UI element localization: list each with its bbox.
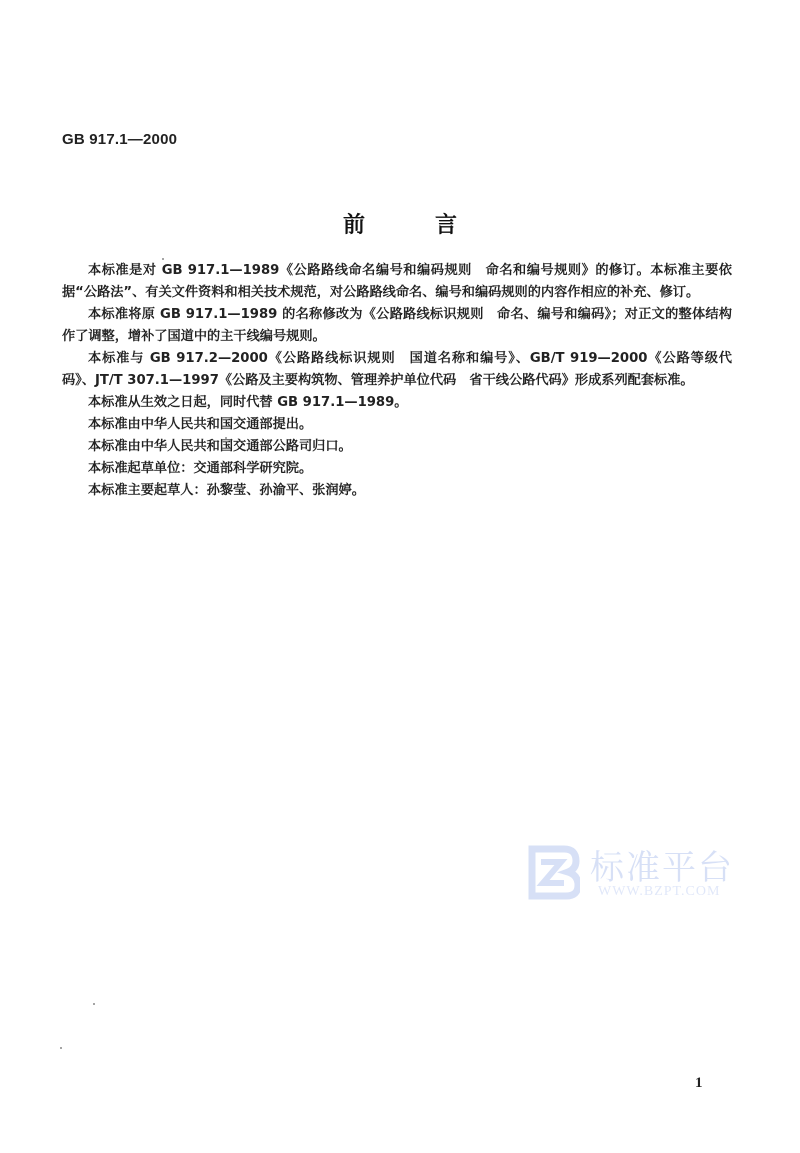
scan-speck (162, 258, 164, 260)
paragraph-effective: 本标准从生效之日起，同时代替 GB 917.1—1989。 (62, 392, 732, 414)
title-char-1: 前 (343, 208, 365, 239)
scan-speck (93, 1003, 95, 1005)
paragraph-drafters: 本标准主要起草人：孙黎莹、孙渝平、张润婷。 (62, 480, 732, 502)
watermark-url: WWW.BZPT.COM (598, 884, 720, 900)
page-title: 前言 (0, 208, 800, 239)
paragraph-revision: 本标准是对 GB 917.1—1989《公路路线命名编号和编码规则 命名和编号规… (62, 260, 732, 304)
watermark: 标准平台 WWW.BZPT.COM (528, 840, 758, 905)
foreword-body: 本标准是对 GB 917.1—1989《公路路线命名编号和编码规则 命名和编号规… (62, 260, 732, 502)
watermark-text: 标准平台 (590, 840, 734, 889)
paragraph-drafting-unit: 本标准起草单位：交通部科学研究院。 (62, 458, 732, 480)
paragraph-rename: 本标准将原 GB 917.1—1989 的名称修改为《公路路线标识规则 命名、编… (62, 304, 732, 348)
paragraph-managed-by: 本标准由中华人民共和国交通部公路司归口。 (62, 436, 732, 458)
scan-speck (225, 437, 227, 439)
paragraph-proposed-by: 本标准由中华人民共和国交通部提出。 (62, 414, 732, 436)
page-number: 1 (695, 1075, 703, 1092)
bzpt-logo-icon (528, 845, 580, 900)
title-char-2: 言 (435, 208, 457, 239)
scan-speck (60, 1047, 62, 1049)
document-code: GB 917.1—2000 (62, 131, 177, 148)
paragraph-series: 本标准与 GB 917.2—2000《公路路线标识规则 国道名称和编号》、GB/… (62, 348, 732, 392)
